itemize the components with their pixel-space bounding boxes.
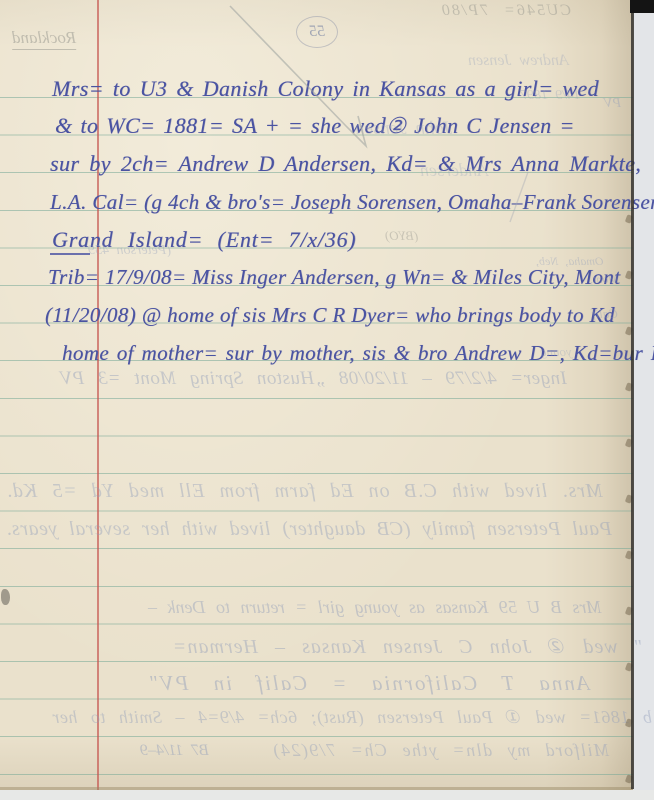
- bleedthrough-fragment: Andersen: [420, 160, 488, 181]
- bleedthrough-fragment: Milford my dln= ythe Ch= 7/9(24): [272, 740, 609, 761]
- bleedthrough-fragment: Omaha, Neb,: [536, 254, 604, 269]
- bleedthrough-fragment: Mrs B U 59 Kansas as young girl = return…: [148, 597, 601, 618]
- bleedthrough-fragment: (BYO): [385, 228, 418, 244]
- page-edge-shadow: [631, 0, 634, 789]
- bleedthrough-fragment: " wed ② John C Jensen Kansas – Herman=: [172, 634, 643, 659]
- paper-bottom-edge-shadow: [0, 787, 633, 790]
- bleedthrough-fragment: Mrs. lived with C.B on Ed farm from Ell …: [6, 480, 603, 503]
- bleedthrough-fragment: Inger= 4/2/79 – 11/20/08 „Huston Spring …: [60, 368, 567, 390]
- bleedthrough-fragment: Mont,: [590, 272, 618, 287]
- pencil-checkmark-mark: [228, 4, 388, 154]
- bleedthrough-fragment: B7 11/4–9: [140, 742, 209, 760]
- scanned-notebook-page: Mrs= to U3 & Danish Colony in Kansas as …: [0, 0, 654, 800]
- ink-smudge: [1, 589, 10, 605]
- handwritten-line: sur by 2ch= Andrew D Andersen, Kd= & Mrs…: [50, 151, 641, 177]
- grand-island-underline: [50, 253, 90, 255]
- bleedthrough-fragment: CU546= 7P/80: [440, 2, 571, 20]
- bleedthrough-fragment: Andrew Jensen: [468, 52, 569, 70]
- handwritten-line: L.A. Cal= (g 4ch & bro's= Joseph Sorense…: [50, 189, 654, 215]
- bleedthrough-fragment: Rockland: [12, 28, 76, 50]
- paper-sheet: Mrs= to U3 & Danish Colony in Kansas as …: [0, 0, 633, 790]
- bleedthrough-fragment: (Peterson 459: [88, 243, 171, 259]
- bleedthrough-fragment: PV: [604, 96, 621, 112]
- bleedthrough-fragment: b 1861= wed ① Paul Petersen (Rust); 6ch=…: [52, 707, 652, 728]
- bleedthrough-fragment: 14/9 1897: [520, 88, 580, 104]
- scanner-background-bottom: [0, 790, 654, 800]
- handwritten-line: Trib= 17/9/08= Miss Inger Andersen, g Wn…: [48, 264, 620, 290]
- bleedthrough-fragment: Paul Petersen family (CB daughter) lived…: [6, 518, 612, 541]
- handwritten-line: (11/20/08) @ home of sis Mrs C R Dyer= w…: [45, 302, 615, 328]
- page-corner-dark: [630, 0, 654, 13]
- bleedthrough-fragment: young: [540, 344, 572, 360]
- bleedthrough-fragment: Calif: [592, 306, 618, 322]
- pencil-slash-mark: [498, 168, 538, 228]
- bleedthrough-fragment: Anna T California = Calif in PV": [148, 671, 590, 696]
- scanner-background-right: [634, 0, 654, 800]
